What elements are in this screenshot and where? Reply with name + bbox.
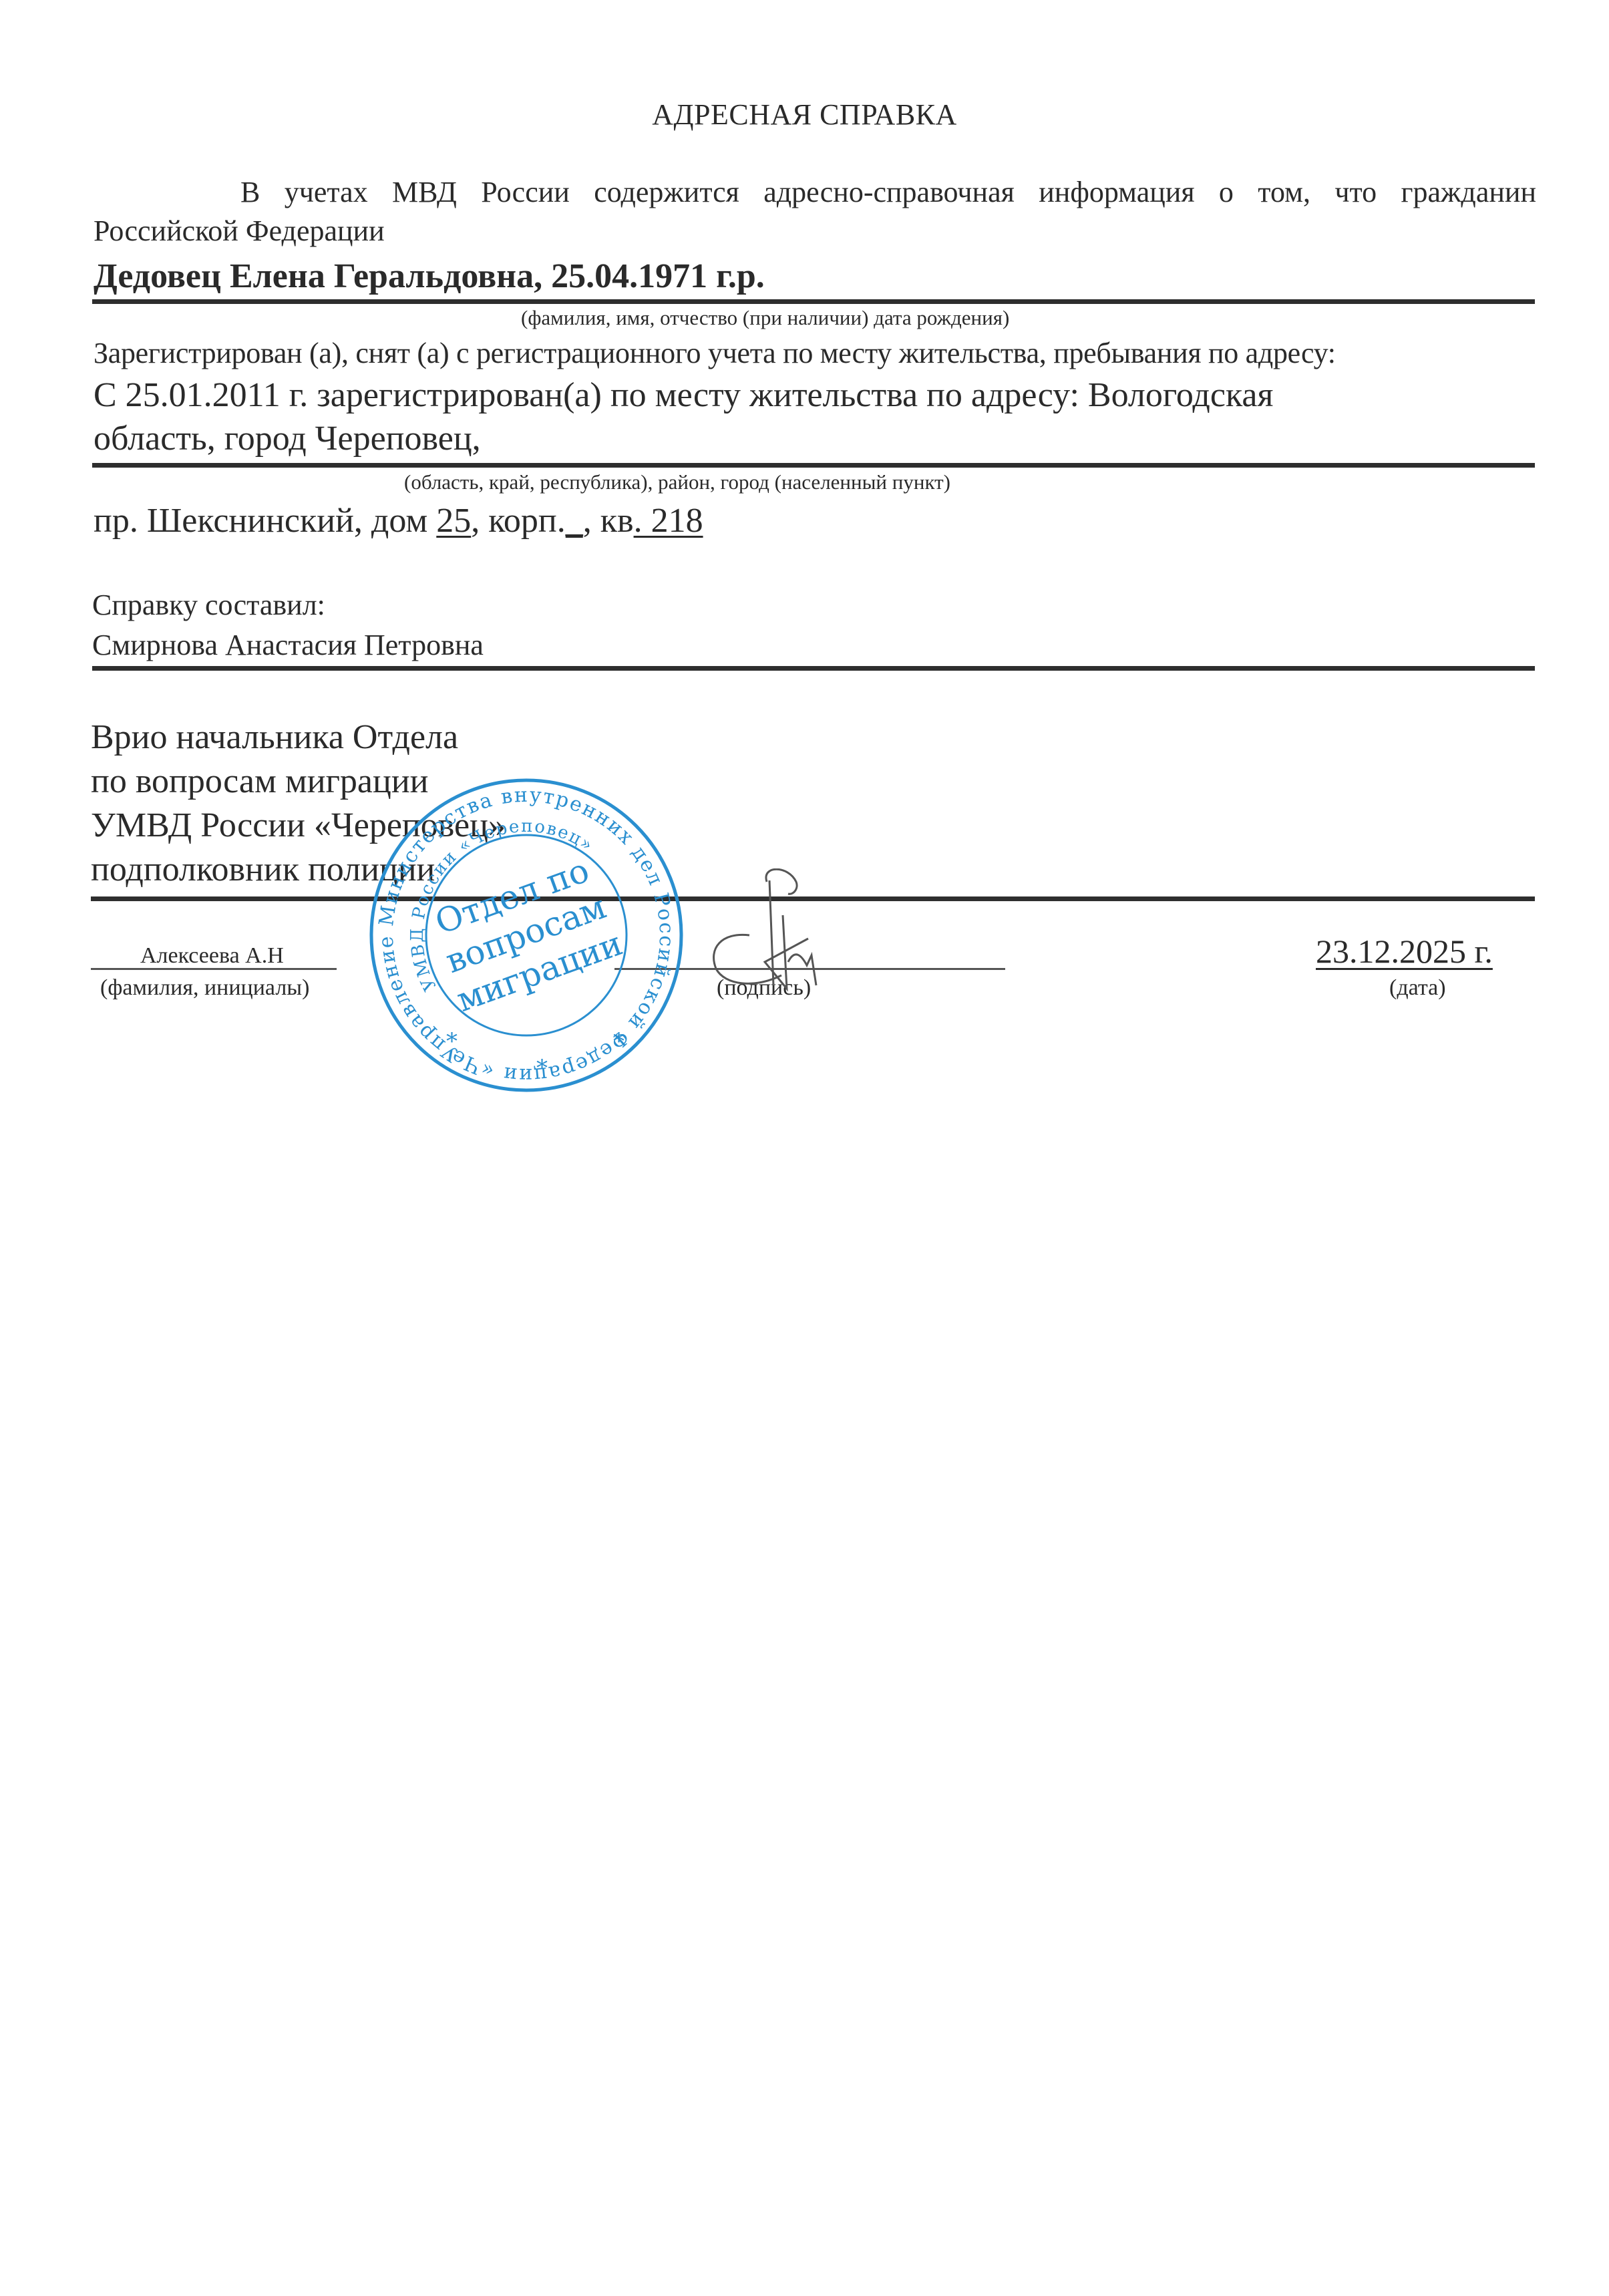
name-underline xyxy=(91,968,337,970)
korp-prefix: , корп. xyxy=(471,502,565,540)
registration-line1: С 25.01.2011 г. зарегистрирован(а) по ме… xyxy=(94,375,1273,415)
apt-prefix: , кв xyxy=(583,502,634,540)
signatory-name: Алексеева А.Н xyxy=(140,943,284,969)
registration-label: Зарегистрирован (а), снят (а) с регистра… xyxy=(94,336,1336,370)
intro-text-line1: В учетах МВД России содержится адресно-с… xyxy=(106,175,1536,209)
name-caption: (фамилия, инициалы) xyxy=(100,975,309,1001)
signatory-line1: Врио начальника Отдела xyxy=(91,717,458,757)
street-prefix: пр. Шекснинский, дом xyxy=(94,502,436,540)
house-number: 25 xyxy=(436,502,471,540)
document-title: АДРЕСНАЯ СПРАВКА xyxy=(0,98,1609,132)
region-caption: (область, край, республика), район, горо… xyxy=(404,470,950,494)
person-caption: (фамилия, имя, отчество (при наличии) да… xyxy=(521,306,1009,330)
compiled-by-label: Справку составил: xyxy=(92,588,325,622)
divider-region xyxy=(92,463,1535,468)
svg-text:*: * xyxy=(446,1028,458,1055)
official-stamp: Управление Министерства внутренних дел Р… xyxy=(366,775,687,1096)
street-address: пр. Шекснинский, дом 25, корп._, кв. 218 xyxy=(94,501,703,540)
korp-number: _ xyxy=(566,502,583,540)
intro-text-line2: Российской Федерации xyxy=(94,214,385,248)
date-caption: (дата) xyxy=(1389,975,1446,1001)
person-full-name-dob: Дедовец Елена Геральдовна, 25.04.1971 г.… xyxy=(94,257,765,296)
svg-text:*: * xyxy=(536,1055,548,1082)
compiled-by-name: Смирнова Анастасия Петровна xyxy=(92,628,484,662)
registration-line2: область, город Череповец, xyxy=(94,419,481,458)
svg-text:*: * xyxy=(613,1028,624,1055)
divider-compiled xyxy=(92,666,1535,671)
divider-name xyxy=(92,299,1535,304)
document-date: 23.12.2025 г. xyxy=(1316,932,1493,971)
apt-number: . 218 xyxy=(634,502,703,540)
signature-mark xyxy=(708,868,868,1002)
